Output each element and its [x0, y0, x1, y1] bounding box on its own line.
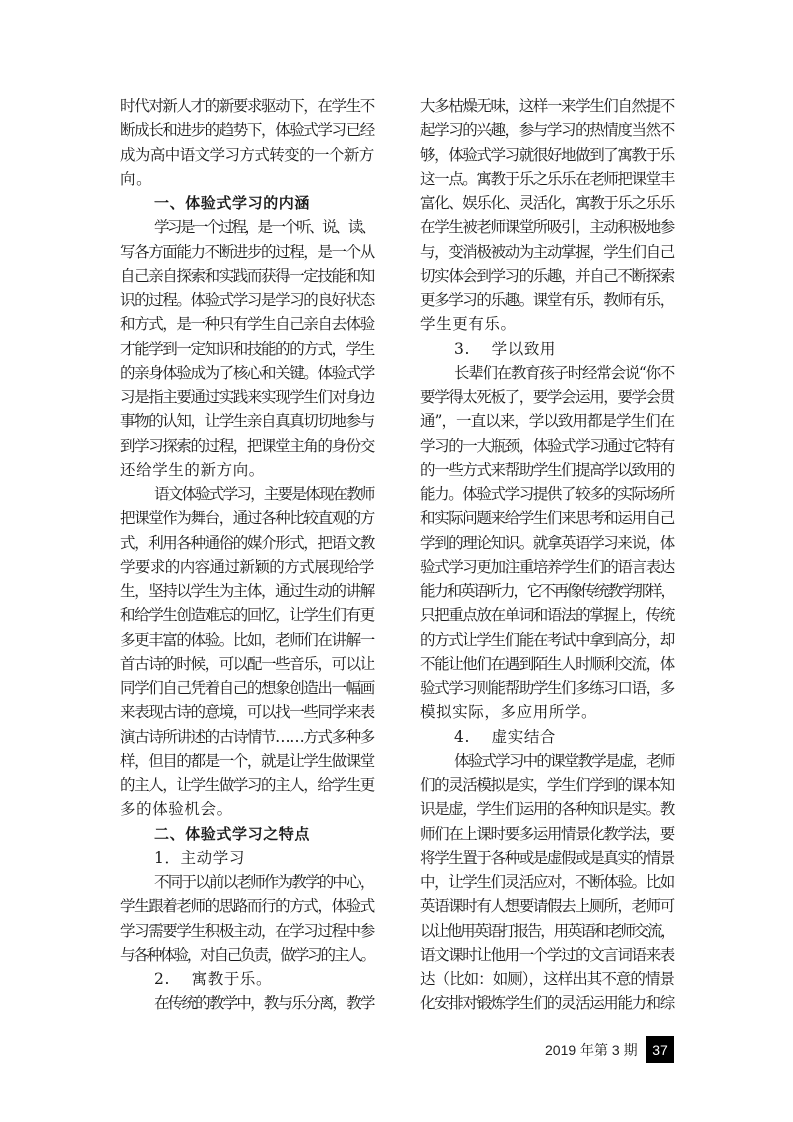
text-line: 切实体会到学习的乐趣，并自己不断探索	[420, 264, 674, 288]
text-line: 验式学习更加注重培养学生们的语言表达	[420, 555, 674, 579]
text-line: 1．主动学习	[120, 846, 374, 870]
text-line: 够，体验式学习就很好地做到了寓教于乐	[420, 143, 674, 167]
section-heading: 二、体验式学习之特点	[120, 822, 374, 846]
text-line: 与，变消极被动为主动掌握，学生们自己	[420, 240, 674, 264]
text-line: 到学习探索的过程，把课堂主角的身份交	[120, 434, 374, 458]
text-line: 才能学到一定知识和技能的的方式，学生	[120, 337, 374, 361]
text-line: 和实际问题来给学生们来思考和运用自己	[420, 506, 674, 530]
text-line: 的一些方式来帮助学生们提高学以致用的	[420, 458, 674, 482]
text-line: 成为高中语文学习方式转变的一个新方	[120, 143, 374, 167]
text-line: 体验式学习中的课堂教学是虚，老师	[420, 749, 674, 773]
text-line: 时代对新人才的新要求驱动下，在学生不	[120, 94, 374, 118]
text-line: 通”，一直以来，学以致用都是学生们在	[420, 409, 674, 433]
text-line: 学生跟着老师的思路而行的方式，体验式	[120, 894, 374, 918]
text-line: 演古诗所讲述的古诗情节……方式多种多	[120, 725, 374, 749]
text-line: 更多学习的乐趣。课堂有乐，教师有乐，	[420, 288, 674, 312]
left-column: 时代对新人才的新要求驱动下，在学生不断成长和进步的趋势下，体验式学习已经成为高中…	[120, 94, 374, 1016]
text-line: 只把重点放在单词和语法的掌握上，传统	[420, 603, 674, 627]
right-column: 大多枯燥无味，这样一来学生们自然提不起学习的兴趣，参与学习的热情度当然不够，体验…	[420, 94, 674, 1016]
text-line: 多的体验机会。	[120, 797, 374, 821]
text-line: 学生更有乐。	[420, 312, 674, 336]
text-line: 中，让学生们灵活应对，不断体验。比如	[420, 870, 674, 894]
text-line: 3. 学以致用	[420, 337, 674, 361]
text-line: 学到的理论知识。就拿英语学习来说，体	[420, 531, 674, 555]
text-line: 还给学生的新方向。	[120, 458, 374, 482]
text-line: 和给学生创造难忘的回忆，让学生们有更	[120, 603, 374, 627]
page-number: 37	[652, 1042, 668, 1058]
text-line: 不能让他们在遇到陌生人时顺利交流，体	[420, 652, 674, 676]
text-line: 学习需要学生积极主动，在学习过程中参	[120, 919, 374, 943]
text-line: 化安排对锻炼学生们的灵活运用能力和综	[420, 991, 674, 1015]
text-line: 把课堂作为舞台，通过各种比较直观的方	[120, 506, 374, 530]
text-line: 师们在上课时要多运用情景化教学法，要	[420, 822, 674, 846]
page-number-badge: 37	[646, 1036, 674, 1063]
section-heading: 一、体验式学习的内涵	[120, 191, 374, 215]
text-line: 识是虚，学生们运用的各种知识是实。教	[420, 797, 674, 821]
text-line: 的方式让学生们能在考试中拿到高分，却	[420, 628, 674, 652]
text-line: 断成长和进步的趋势下，体验式学习已经	[120, 118, 374, 142]
text-line: 能力。体验式学习提供了较多的实际场所	[420, 482, 674, 506]
text-line: 的主人，让学生做学习的主人，给学生更	[120, 773, 374, 797]
text-line: 同学们自己凭着自己的想象创造出一幅画	[120, 676, 374, 700]
text-line: 向。	[120, 167, 374, 191]
text-line: 能力和英语听力，它不再像传统教学那样，	[420, 579, 674, 603]
text-line: 生，坚持以学生为主体，通过生动的讲解	[120, 579, 374, 603]
text-line: 这一点。寓教于乐之乐乐在老师把课堂丰	[420, 167, 674, 191]
text-line: 的亲身体验成为了核心和关键。体验式学	[120, 361, 374, 385]
text-line: 式，利用各种通俗的媒介形式，把语文教	[120, 531, 374, 555]
text-line: 模拟实际，多应用所学。	[420, 700, 674, 724]
text-line: 学习的一大瓶颈，体验式学习通过它特有	[420, 434, 674, 458]
text-line: 学习是一个过程，是一个听、说、读、	[120, 215, 374, 239]
issue-label: 2019 年第 3 期	[545, 1040, 638, 1060]
text-line: 习是指主要通过实践来实现学生们对身边	[120, 385, 374, 409]
text-line: 大多枯燥无味，这样一来学生们自然提不	[420, 94, 674, 118]
text-line: 起学习的兴趣，参与学习的热情度当然不	[420, 118, 674, 142]
text-line: 将学生置于各种或是虚假或是真实的情景	[420, 846, 674, 870]
text-line: 学要求的内容通过新颖的方式展现给学	[120, 555, 374, 579]
text-line: 们的灵活模拟是实，学生们学到的课本知	[420, 773, 674, 797]
text-line: 4. 虚实结合	[420, 725, 674, 749]
text-line: 和方式，是一种只有学生自己亲自去体验	[120, 312, 374, 336]
text-line: 语文体验式学习，主要是体现在教师	[120, 482, 374, 506]
text-line: 语文课时让他用一个学过的文言词语来表	[420, 943, 674, 967]
text-line: 首古诗的时候，可以配一些音乐，可以让	[120, 652, 374, 676]
text-line: 在学生被老师课堂所吸引，主动积极地参	[420, 215, 674, 239]
text-line: 样，但目的都是一个，就是让学生做课堂	[120, 749, 374, 773]
text-line: 验式学习则能帮助学生们多练习口语，多	[420, 676, 674, 700]
text-line: 不同于以前以老师作为教学的中心，	[120, 870, 374, 894]
text-line: 多更丰富的体验。比如，老师们在讲解一	[120, 628, 374, 652]
text-line: 自己亲自探索和实践而获得一定技能和知	[120, 264, 374, 288]
text-line: 以让他用英语打报告，用英语和老师交流，	[420, 919, 674, 943]
text-line: 达（比如：如厕），这样出其不意的情景	[420, 967, 674, 991]
text-line: 富化、娱乐化、灵活化，寓教于乐之乐乐	[420, 191, 674, 215]
text-line: 长辈们在教育孩子时经常会说“你不	[420, 361, 674, 385]
text-line: 与各种体验，对自己负责，做学习的主人。	[120, 943, 374, 967]
text-line: 在传统的教学中，教与乐分离，教学	[120, 991, 374, 1015]
text-line: 事物的认知，让学生亲自真真切切地参与	[120, 409, 374, 433]
text-line: 要学得太死板了，要学会运用，要学会贯	[420, 385, 674, 409]
text-line: 来表现古诗的意境，可以找一些同学来表	[120, 700, 374, 724]
text-line: 英语课时有人想要请假去上厕所，老师可	[420, 894, 674, 918]
text-line: 写各方面能力不断进步的过程，是一个从	[120, 240, 374, 264]
text-line: 2. 寓教于乐。	[120, 967, 374, 991]
text-line: 识的过程。体验式学习是学习的良好状态	[120, 288, 374, 312]
